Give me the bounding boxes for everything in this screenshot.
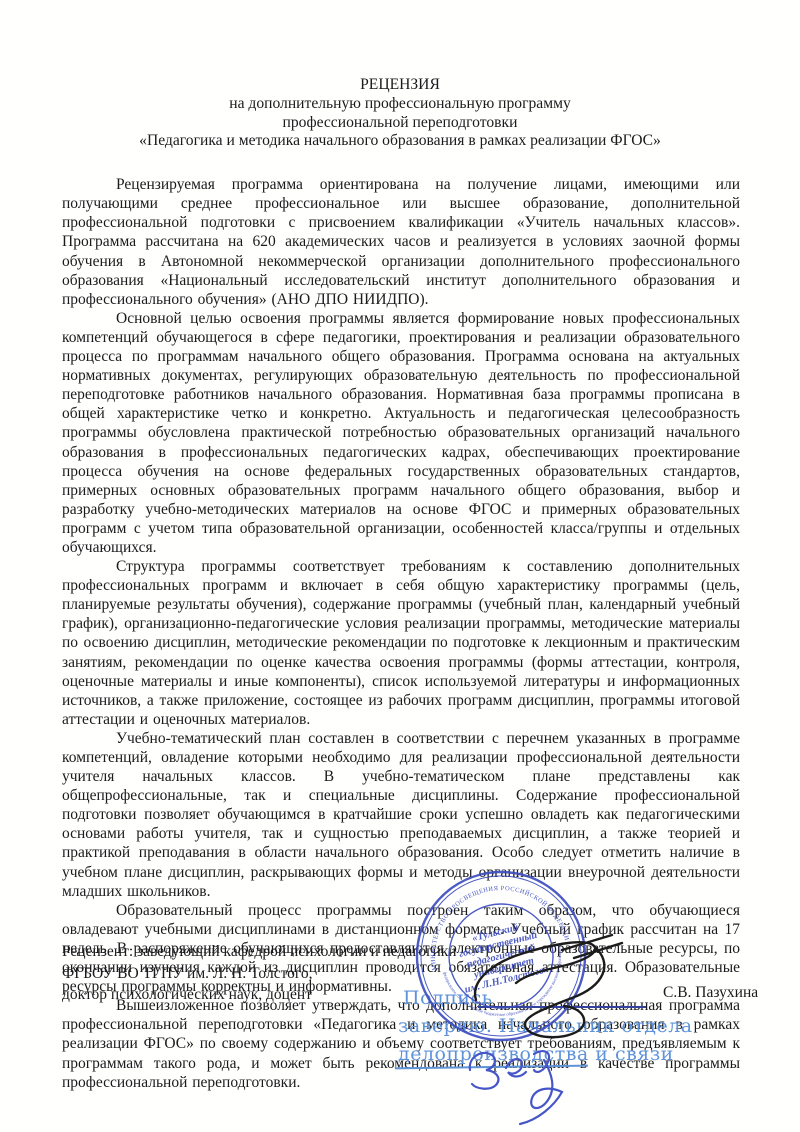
reviewer-line-2: ФГБОУ ВО ТГПУ им. Л. Н. Толстого, — [62, 963, 457, 985]
paragraph-goal: Основной целью освоения программы являет… — [62, 309, 740, 557]
document-title: РЕЦЕНЗИЯ на дополнительную профессиональ… — [0, 0, 800, 151]
title-line-1: РЕЦЕНЗИЯ — [0, 76, 800, 95]
reviewer-line-1: Рецензент: заведующий кафедрой психологи… — [62, 941, 457, 963]
clerk-signature-icon — [462, 1042, 597, 1130]
title-line-4: «Педагогика и методика начального образо… — [0, 132, 800, 151]
reviewer-signature-icon — [462, 928, 627, 1050]
document-page: РЕЦЕНЗИЯ на дополнительную профессиональ… — [0, 0, 800, 1132]
paragraph-intro: Рецензируемая программа ориентирована на… — [62, 175, 740, 309]
title-line-3: профессиональной переподготовки — [0, 114, 800, 133]
title-line-2: на дополнительную профессиональную прогр… — [0, 95, 800, 114]
paragraph-structure: Структура программы соответствует требов… — [62, 557, 740, 729]
paragraph-curriculum: Учебно-тематический план составлен в соо… — [62, 729, 740, 901]
